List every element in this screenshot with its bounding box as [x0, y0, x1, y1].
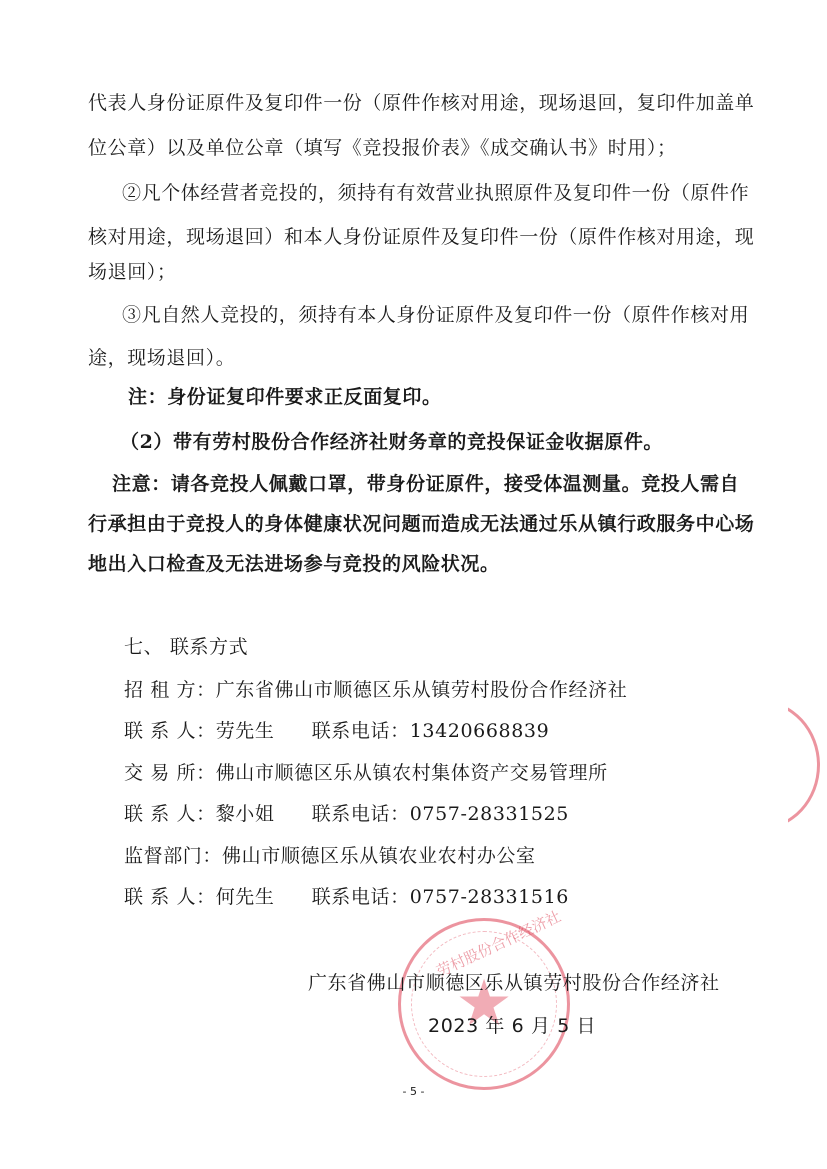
note-line: 注：身份证复印件要求正反面复印。 — [128, 382, 442, 409]
contact-value: 何先生 — [216, 882, 312, 909]
requirement-line: （2）带有劳村股份合作经济社财务章的竞投保证金收据原件。 — [120, 427, 663, 454]
paragraph-line: 途，现场退回）。 — [88, 343, 235, 370]
phone-number: 0757-28331525 — [410, 803, 569, 825]
paragraph-line: 位公章）以及单位公章（填写《竞投报价表》《成交确认书》时用）； — [88, 133, 677, 160]
contact-value: 广东省佛山市顺德区乐从镇劳村股份合作经济社 — [216, 679, 628, 701]
phone-label: 联系电话： — [312, 886, 410, 908]
official-seal: 劳村股份合作经济社 ★ — [398, 918, 570, 1090]
contact-row-person: 联 系 人：何先生联系电话：0757-28331516 — [124, 882, 569, 909]
contact-label: 监督部门： — [124, 845, 222, 867]
paragraph-line: 代表人身份证原件及复印件一份（原件作核对用途，现场退回，复印件加盖单 — [88, 88, 754, 115]
signature-organization: 广东省佛山市顺德区乐从镇劳村股份合作经济社 — [308, 968, 720, 995]
page-number: - 5 - — [0, 1085, 827, 1098]
paragraph-line: 场退回）； — [88, 257, 177, 284]
contact-row-supervisor: 监督部门：佛山市顺德区乐从镇农业农村办公室 — [124, 841, 536, 868]
paragraph-line: 核对用途，现场退回）和本人身份证原件及复印件一份（原件作核对用途，现 — [88, 222, 754, 249]
contact-row-lessor: 招 租 方：广东省佛山市顺德区乐从镇劳村股份合作经济社 — [124, 675, 627, 702]
contact-label: 交 易 所： — [124, 762, 216, 784]
contact-value: 佛山市顺德区乐从镇农业农村办公室 — [222, 845, 536, 867]
phone-number: 0757-28331516 — [410, 886, 569, 908]
contact-label: 联 系 人： — [124, 803, 216, 825]
edge-seal-fragment — [700, 700, 820, 830]
attention-line: 注意：请各竞投人佩戴口罩，带身份证原件，接受体温测量。竞投人需自 — [112, 469, 739, 496]
phone-label: 联系电话： — [312, 720, 410, 742]
attention-line: 行承担由于竞投人的身体健康状况问题而造成无法通过乐从镇行政服务中心场 — [88, 509, 754, 536]
attention-line: 地出入口检查及无法进场参与竞投的风险状况。 — [88, 549, 500, 576]
signature-date: 2023 年 6 月 5 日 — [428, 1011, 596, 1038]
contact-value: 劳先生 — [216, 716, 312, 743]
contact-value: 黎小姐 — [216, 799, 312, 826]
contact-row-exchange: 交 易 所：佛山市顺德区乐从镇农村集体资产交易管理所 — [124, 758, 608, 785]
contact-label: 联 系 人： — [124, 886, 216, 908]
contact-value: 佛山市顺德区乐从镇农村集体资产交易管理所 — [216, 762, 608, 784]
contact-label: 招 租 方： — [124, 679, 216, 701]
contact-label: 联 系 人： — [124, 720, 216, 742]
phone-label: 联系电话： — [312, 803, 410, 825]
contact-row-person: 联 系 人：黎小姐联系电话：0757-28331525 — [124, 799, 569, 826]
contact-row-person: 联 系 人：劳先生联系电话：13420668839 — [124, 716, 549, 743]
contact-heading: 七、 联系方式 — [124, 632, 248, 659]
paragraph-line: ②凡个体经营者竞投的，须持有有效营业执照原件及复印件一份（原件作 — [122, 178, 749, 205]
phone-number: 13420668839 — [410, 720, 550, 742]
paragraph-line: ③凡自然人竞投的，须持有本人身份证原件及复印件一份（原件作核对用 — [122, 300, 749, 327]
